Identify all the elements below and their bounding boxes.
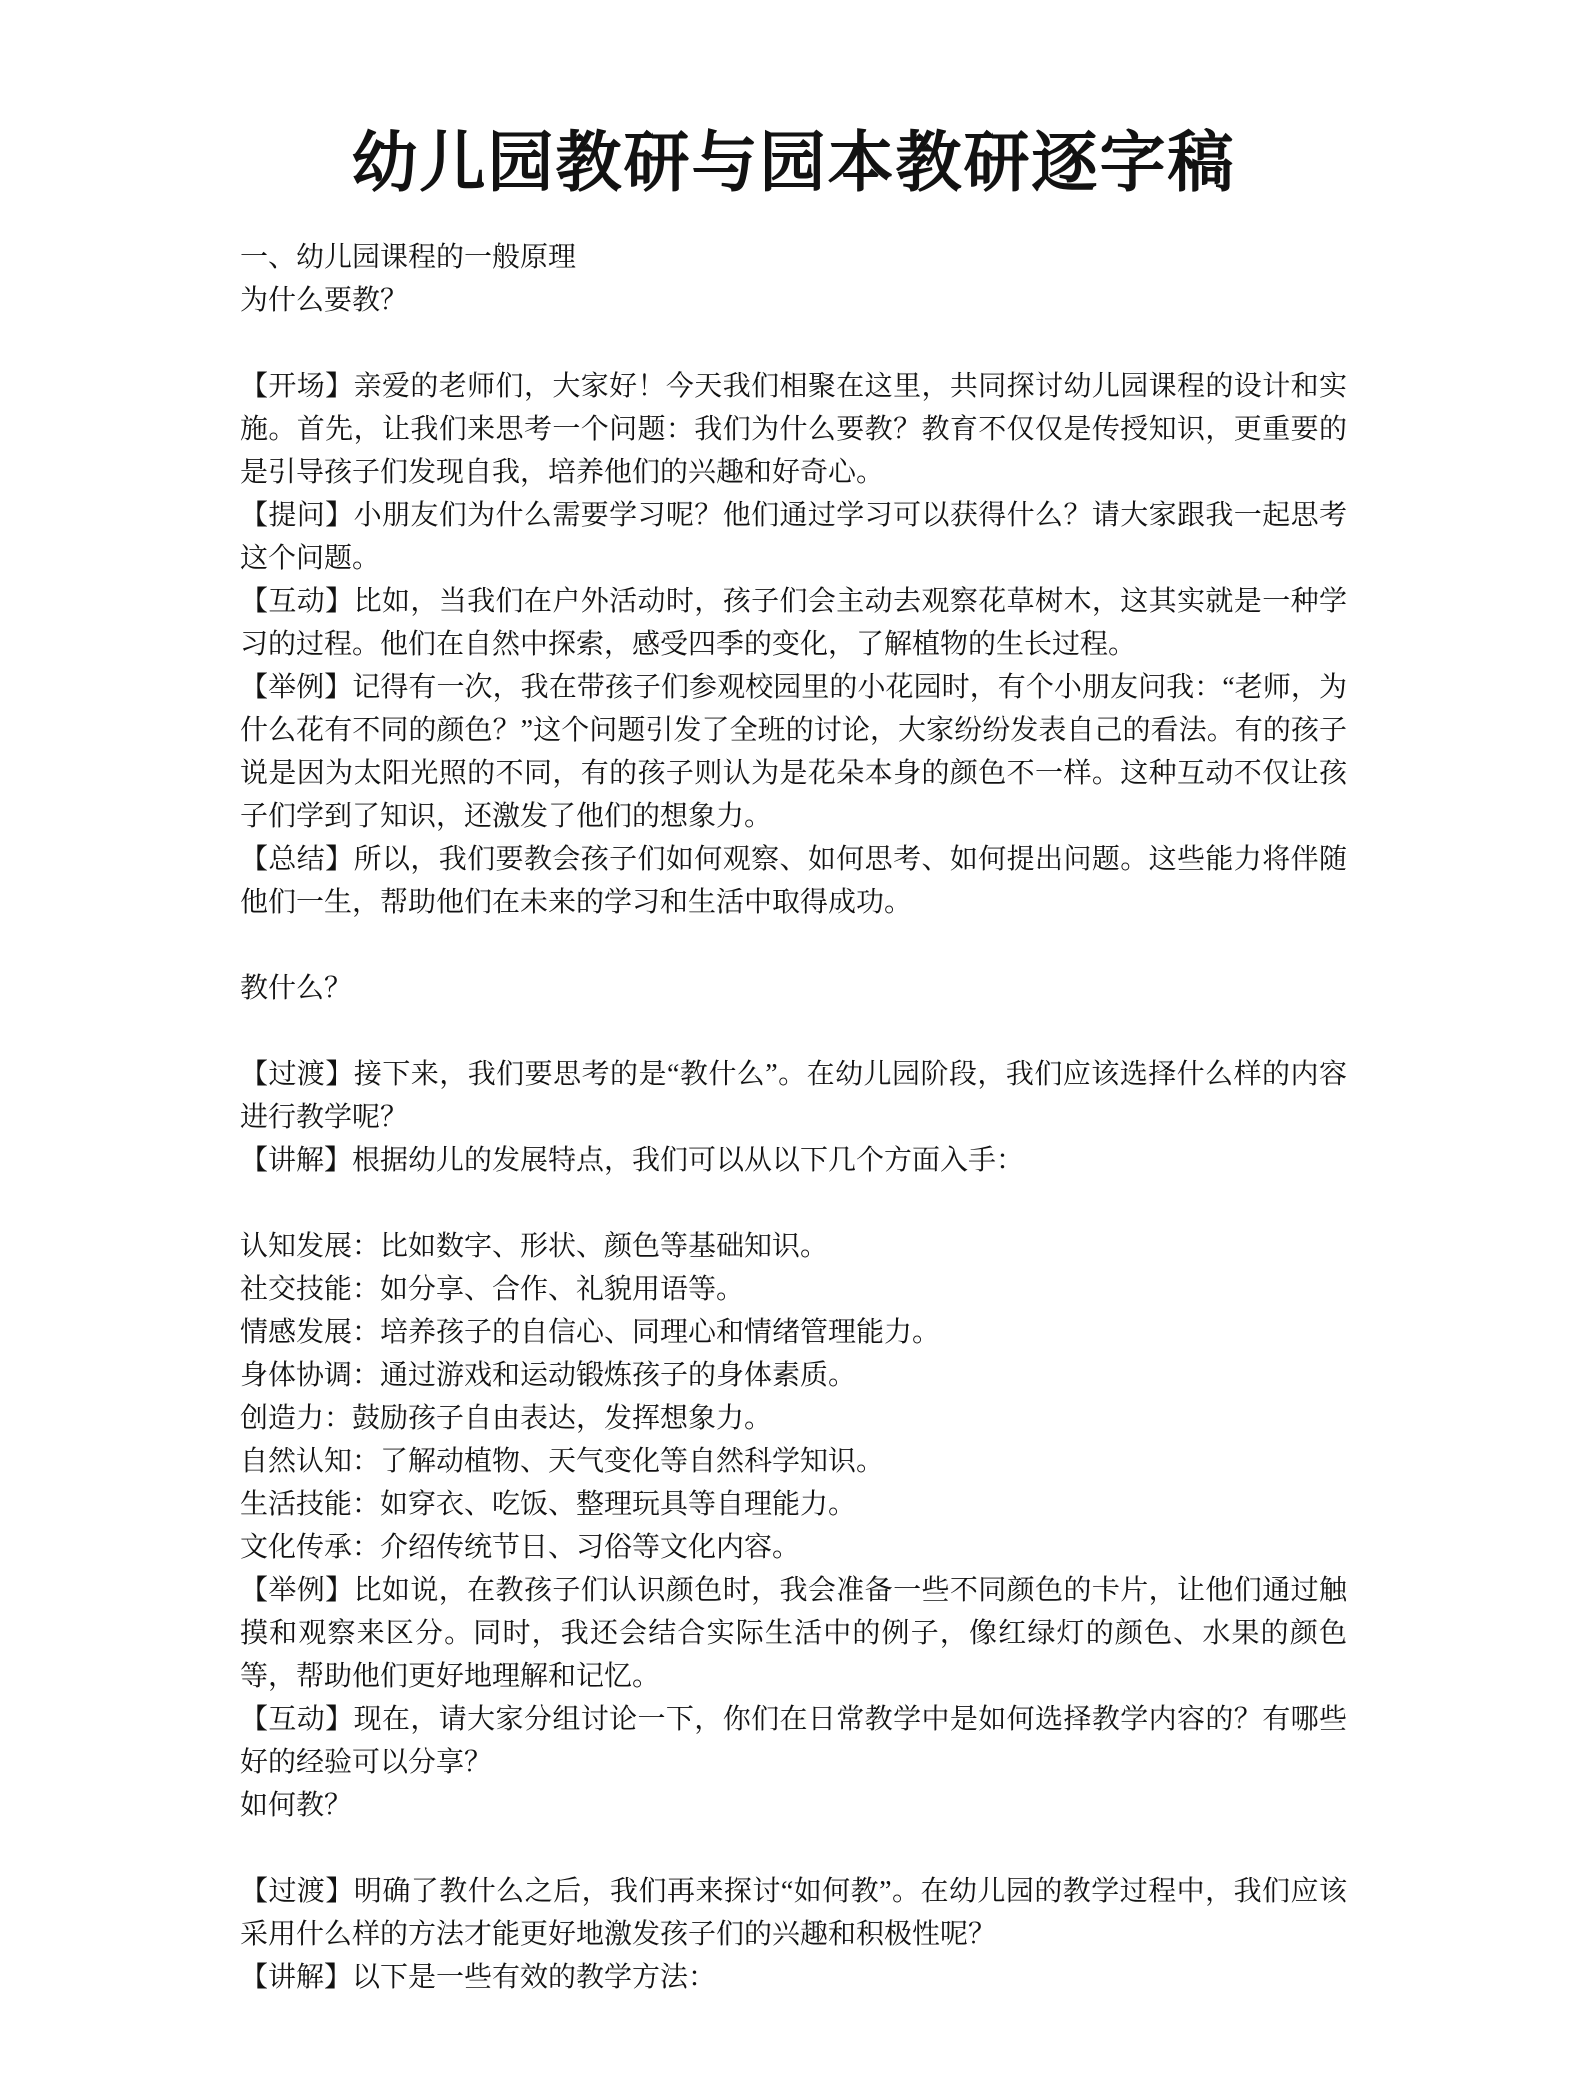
para-opening: 【开场】亲爱的老师们，大家好！今天我们相聚在这里，共同探讨幼儿园课程的设计和实施… [240, 365, 1347, 494]
list-item-culture: 文化传承：介绍传统节日、习俗等文化内容。 [240, 1526, 1347, 1569]
question-how-teach: 如何教？ [240, 1784, 1347, 1827]
spacer [240, 1182, 1347, 1225]
para-summary: 【总结】所以，我们要教会孩子们如何观察、如何思考、如何提出问题。这些能力将伴随他… [240, 838, 1347, 924]
para-interaction: 【互动】比如，当我们在户外活动时，孩子们会主动去观察花草树木，这其实就是一种学习… [240, 580, 1347, 666]
para-transition: 【过渡】接下来，我们要思考的是“教什么”。在幼儿园阶段，我们应该选择什么样的内容… [240, 1053, 1347, 1139]
list-item-nature: 自然认知：了解动植物、天气变化等自然科学知识。 [240, 1440, 1347, 1483]
para-explain-2: 【讲解】以下是一些有效的教学方法： [240, 1956, 1347, 1999]
section-heading: 一、幼儿园课程的一般原理 [240, 236, 1347, 279]
para-example: 【举例】记得有一次，我在带孩子们参观校园里的小花园时，有个小朋友问我：“老师，为… [240, 666, 1347, 838]
para-transition-2: 【过渡】明确了教什么之后，我们再来探讨“如何教”。在幼儿园的教学过程中，我们应该… [240, 1870, 1347, 1956]
para-interaction-2: 【互动】现在，请大家分组讨论一下，你们在日常教学中是如何选择教学内容的？有哪些好… [240, 1698, 1347, 1784]
list-item-physical: 身体协调：通过游戏和运动锻炼孩子的身体素质。 [240, 1354, 1347, 1397]
document-page: 幼儿园教研与园本教研逐字稿 一、幼儿园课程的一般原理为什么要教？【开场】亲爱的老… [0, 0, 1587, 2090]
document-title: 幼儿园教研与园本教研逐字稿 [240, 0, 1347, 210]
list-item-creativity: 创造力：鼓励孩子自由表达，发挥想象力。 [240, 1397, 1347, 1440]
list-item-social: 社交技能：如分享、合作、礼貌用语等。 [240, 1268, 1347, 1311]
list-item-cognitive: 认知发展：比如数字、形状、颜色等基础知识。 [240, 1225, 1347, 1268]
question-why-teach: 为什么要教？ [240, 279, 1347, 322]
document-body: 一、幼儿园课程的一般原理为什么要教？【开场】亲爱的老师们，大家好！今天我们相聚在… [240, 236, 1347, 1999]
para-explain: 【讲解】根据幼儿的发展特点，我们可以从以下几个方面入手： [240, 1139, 1347, 1182]
para-example-2: 【举例】比如说，在教孩子们认识颜色时，我会准备一些不同颜色的卡片，让他们通过触摸… [240, 1569, 1347, 1698]
question-what-teach: 教什么？ [240, 967, 1347, 1010]
spacer [240, 1827, 1347, 1870]
spacer [240, 924, 1347, 967]
spacer [240, 1010, 1347, 1053]
list-item-life-skills: 生活技能：如穿衣、吃饭、整理玩具等自理能力。 [240, 1483, 1347, 1526]
spacer [240, 322, 1347, 365]
para-question: 【提问】小朋友们为什么需要学习呢？他们通过学习可以获得什么？请大家跟我一起思考这… [240, 494, 1347, 580]
list-item-emotional: 情感发展：培养孩子的自信心、同理心和情绪管理能力。 [240, 1311, 1347, 1354]
